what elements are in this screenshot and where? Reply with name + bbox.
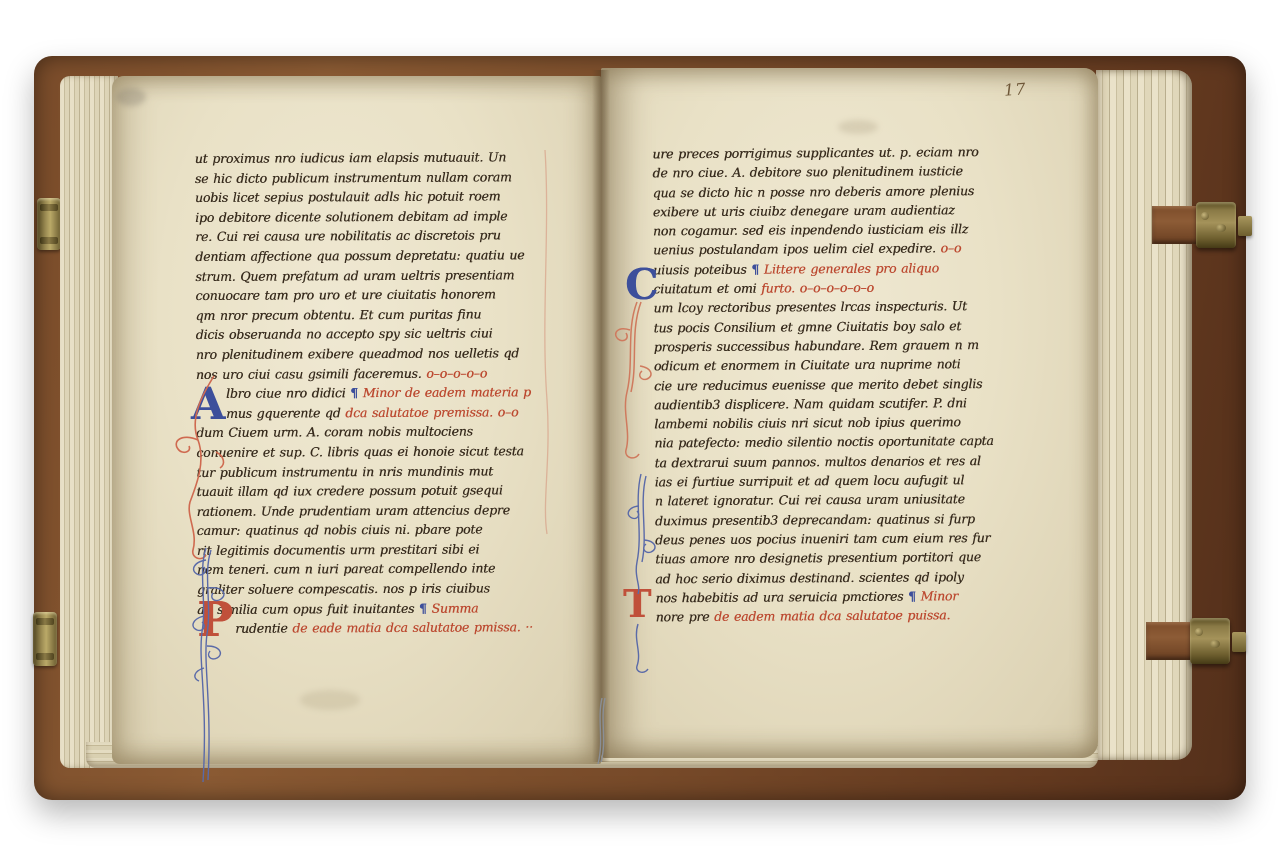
- brass-clasp-hook: [1238, 216, 1252, 236]
- manuscript-line: nos uro ciui casu gsimili faceremus. o–o…: [196, 363, 568, 385]
- body-text: conuenire et sup. C. libris quas ei hono…: [196, 443, 523, 460]
- rubric-text: furto. o–o–o–o–o–o: [761, 280, 874, 296]
- manuscript-line: camur: quatinus qd nobis ciuis ni. pbare…: [197, 519, 569, 541]
- body-text: lambemi nobilis ciuis nri sicut nob ipiu…: [654, 414, 960, 431]
- parchment-stain: [300, 690, 360, 710]
- body-text: dentiam affectione qua possum depretatu:…: [195, 247, 524, 264]
- body-text: n lateret ignoratur. Cui rei causa uram …: [655, 492, 965, 509]
- body-text: ta dextrarui suum pannos. multos denario…: [654, 453, 980, 470]
- manuscript-line: prosperis successibus habundare. Rem gra…: [654, 335, 1040, 357]
- manuscript-line: uiusis poteibus ¶ Littere generales pro …: [653, 257, 1039, 279]
- manuscript-line: de nro ciue. A. debitore suo plenitudine…: [652, 161, 1038, 183]
- leather-strap: [1152, 206, 1200, 244]
- manuscript-line: dentiam affectione qua possum depretatu:…: [195, 245, 567, 267]
- body-text: dum Ciuem urm. A. coram nobis multociens: [196, 424, 473, 440]
- body-text: non cogamur. sed eis inpendendo iusticia…: [653, 221, 968, 238]
- body-text: re. Cui rei causa ure nobilitatis ac dis…: [195, 228, 501, 245]
- body-text: ipo debitore dicente solutionem debitam …: [195, 208, 507, 225]
- manuscript-line: rudentie de eade matia dca salutatoe pmi…: [197, 617, 569, 639]
- body-text: lbro ciue nro didici: [226, 385, 350, 401]
- body-text: strum. Quem prefatum ad uram ueltris pre…: [195, 267, 514, 284]
- ink-smudge: [838, 120, 878, 134]
- brass-clasp-fitting: [1196, 202, 1236, 248]
- body-text: rationem. Unde prudentiam uram attencius…: [197, 502, 510, 519]
- book-gutter: [592, 70, 610, 762]
- manuscript-line: ad similia cum opus fuit inuitantes ¶ Su…: [197, 598, 569, 620]
- manuscript-line: conuenire et sup. C. libris quas ei hono…: [196, 441, 568, 463]
- manuscript-line: ciuitatum et omi furto. o–o–o–o–o–o: [653, 277, 1039, 299]
- ink-smudge: [116, 88, 146, 106]
- paraph-mark: ¶: [350, 385, 358, 400]
- manuscript-line: qm nror precum obtentu. Et cum puritas f…: [196, 304, 568, 326]
- rubric-text: o–o: [940, 241, 961, 256]
- manuscript-line: audientib3 displicere. Nam quidam scutif…: [654, 393, 1040, 415]
- manuscript-line: uenius postulandam ipos uelim ciel exped…: [653, 238, 1039, 260]
- body-text: ure preces porrigimus supplicantes ut. p…: [652, 144, 978, 161]
- manuscript-book: 17 ut proximus nro iudicus iam elapsis m…: [0, 0, 1280, 860]
- body-text: deus penes uos pocius inueniri tam cum e…: [655, 530, 990, 547]
- manuscript-line: nem teneri. cum n iuri pareat compellend…: [197, 558, 569, 580]
- rubric-text: dca salutatoe premissa. o–o: [345, 404, 518, 420]
- body-text: nos habebitis ad ura seruicia pmctiores: [655, 588, 908, 605]
- body-text: de nro ciue. A. debitore suo plenitudine…: [652, 163, 962, 180]
- body-text: rit legitimis documentis urm prestitari …: [197, 541, 479, 557]
- body-text: ias ei furtiue surripuit et ad quem locu…: [655, 472, 965, 489]
- body-text: qua se dicto hic n posse nro deberis amo…: [653, 183, 974, 200]
- body-text: tuauit illam qd iux credere possum potui…: [196, 482, 502, 499]
- body-text: uenius postulandam ipos uelim ciel exped…: [653, 241, 941, 258]
- body-text: odicum et enormem in Ciuitate ura nuprim…: [654, 356, 961, 373]
- manuscript-line: nro plenitudinem exibere queadmod nos ue…: [196, 343, 568, 365]
- manuscript-line: tiuas amore nro designetis presentium po…: [655, 547, 1041, 569]
- body-text: graliter soluere compescatis. nos p iris…: [197, 581, 490, 598]
- manuscript-line: ure preces porrigimus supplicantes ut. p…: [652, 142, 1038, 164]
- body-text: nos uro ciui casu gsimili faceremus.: [196, 365, 426, 381]
- body-text: ut proximus nro iudicus iam elapsis mutu…: [195, 149, 506, 166]
- paraph-mark: ¶: [751, 261, 759, 276]
- manuscript-line: conuocare tam pro uro et ure ciuitatis h…: [195, 284, 567, 306]
- body-text: rudentie: [235, 621, 292, 636]
- manuscript-line: lambemi nobilis ciuis nri sicut nob ipiu…: [654, 412, 1040, 434]
- manuscript-line: mus gquerente qd dca salutatoe premissa.…: [196, 402, 568, 424]
- leather-strap: [1146, 622, 1194, 660]
- manuscript-line: ad hoc serio diximus destinand. scientes…: [655, 566, 1041, 588]
- manuscript-line: nore pre de eadem matia dca salutatoe pu…: [656, 605, 1042, 627]
- rubric-text: o–o–o–o–o: [426, 365, 487, 380]
- manuscript-line: odicum et enormem in Ciuitate ura nuprim…: [654, 354, 1040, 376]
- brass-clasp-hook: [1232, 632, 1246, 652]
- text-column-right: ure preces porrigimus supplicantes ut. p…: [652, 142, 1041, 627]
- body-text: tus pocis Consilium et gmne Ciuitatis bo…: [654, 318, 962, 335]
- rubric-text: de eadem matia dca salutatoe puissa.: [714, 607, 950, 624]
- rubric-text: Summa: [427, 600, 479, 615]
- manuscript-line: strum. Quem prefatum ad uram ueltris pre…: [195, 265, 567, 287]
- photo-background: 17 ut proximus nro iudicus iam elapsis m…: [0, 0, 1280, 860]
- body-text: nore pre: [656, 609, 715, 624]
- illuminated-initial-t: T: [623, 585, 651, 623]
- manuscript-line: tur publicum instrumentu in nris mundini…: [196, 461, 568, 483]
- manuscript-line: ta dextrarui suum pannos. multos denario…: [654, 450, 1040, 472]
- body-text: mus gquerente qd: [226, 405, 345, 421]
- folio-number: 17: [1003, 79, 1027, 100]
- manuscript-line: n lateret ignoratur. Cui rei causa uram …: [655, 489, 1041, 511]
- manuscript-line: ut proximus nro iudicus iam elapsis mutu…: [195, 147, 567, 169]
- manuscript-line: graliter soluere compescatis. nos p iris…: [197, 578, 569, 600]
- body-text: camur: quatinus qd nobis ciuis ni. pbare…: [197, 522, 483, 538]
- clasp-catch-bottom-left: [33, 612, 57, 666]
- illuminated-initial-a: A: [191, 383, 225, 427]
- body-text: tiuas amore nro designetis presentium po…: [655, 549, 981, 566]
- manuscript-line: deus penes uos pocius inueniri tam cum e…: [655, 528, 1041, 550]
- body-text: uiusis poteibus: [653, 261, 751, 277]
- paraph-mark: ¶: [419, 600, 427, 615]
- manuscript-line: re. Cui rei causa ure nobilitatis ac dis…: [195, 225, 567, 247]
- body-text: prosperis successibus habundare. Rem gra…: [654, 337, 979, 354]
- rubric-text: Minor de eadem materia p: [358, 384, 531, 400]
- body-text: qm nror precum obtentu. Et cum puritas f…: [196, 306, 482, 322]
- body-text: ad hoc serio diximus destinand. scientes…: [655, 569, 963, 586]
- body-text: nem teneri. cum n iuri pareat compellend…: [197, 561, 495, 578]
- manuscript-line: dum Ciuem urm. A. coram nobis multociens: [196, 421, 568, 443]
- body-text: um lcoy rectoribus presentes lrcas inspe…: [653, 299, 967, 316]
- manuscript-line: uobis licet sepius postulauit adls hic p…: [195, 186, 567, 208]
- manuscript-line: cie ure reducimus euenisse que merito de…: [654, 373, 1040, 395]
- body-text: audientib3 displicere. Nam quidam scutif…: [654, 395, 967, 412]
- body-text: ciuitatum et omi: [653, 281, 761, 297]
- body-text: conuocare tam pro uro et ure ciuitatis h…: [195, 287, 495, 304]
- clasp-catch-top-left: [37, 198, 61, 250]
- manuscript-line: dicis obseruanda no accepto spy sic uelt…: [196, 323, 568, 345]
- manuscript-line: duximus presentib3 deprecandam: quatinus…: [655, 508, 1041, 530]
- illuminated-initial-p: P: [197, 596, 233, 644]
- manuscript-line: non cogamur. sed eis inpendendo iusticia…: [653, 219, 1039, 241]
- manuscript-line: rationem. Unde prudentiam uram attencius…: [197, 500, 569, 522]
- text-column-left: ut proximus nro iudicus iam elapsis mutu…: [195, 147, 570, 639]
- page-edges-left: [60, 76, 118, 768]
- manuscript-line: nia patefecto: medio silentio noctis opo…: [654, 431, 1040, 453]
- manuscript-line: tuauit illam qd iux credere possum potui…: [196, 480, 568, 502]
- manuscript-line: rit legitimis documentis urm prestitari …: [197, 539, 569, 561]
- illuminated-initial-c: C: [625, 264, 658, 306]
- rubric-text: de eade matia dca salutatoe pmissa. ··: [292, 619, 533, 635]
- manuscript-line: nos habebitis ad ura seruicia pmctiores …: [655, 585, 1041, 607]
- brass-clasp-fitting: [1190, 618, 1230, 664]
- body-text: duximus presentib3 deprecandam: quatinus…: [655, 511, 975, 528]
- manuscript-line: ipo debitore dicente solutionem debitam …: [195, 206, 567, 228]
- manuscript-line: lbro ciue nro didici ¶ Minor de eadem ma…: [196, 382, 568, 404]
- body-text: se hic dicto publicum instrumentum nulla…: [195, 169, 512, 186]
- body-text: uobis licet sepius postulauit adls hic p…: [195, 189, 500, 206]
- body-text: nia patefecto: medio silentio noctis opo…: [654, 433, 993, 450]
- body-text: exibere ut uris ciuibz denegare uram aud…: [653, 202, 955, 219]
- manuscript-line: exibere ut uris ciuibz denegare uram aud…: [653, 200, 1039, 222]
- body-text: cie ure reducimus euenisse que merito de…: [654, 376, 982, 393]
- manuscript-line: ias ei furtiue surripuit et ad quem locu…: [655, 470, 1041, 492]
- rubric-text: Littere generales pro aliquo: [759, 260, 939, 276]
- body-text: tur publicum instrumentu in nris mundini…: [196, 463, 493, 480]
- body-text: nro plenitudinem exibere queadmod nos ue…: [196, 345, 519, 362]
- manuscript-line: se hic dicto publicum instrumentum nulla…: [195, 167, 567, 189]
- manuscript-line: qua se dicto hic n posse nro deberis amo…: [653, 180, 1039, 202]
- rubric-text: Minor: [916, 588, 958, 603]
- body-text: dicis obseruanda no accepto spy sic uelt…: [196, 326, 493, 343]
- manuscript-line: um lcoy rectoribus presentes lrcas inspe…: [653, 296, 1039, 318]
- manuscript-line: tus pocis Consilium et gmne Ciuitatis bo…: [654, 315, 1040, 337]
